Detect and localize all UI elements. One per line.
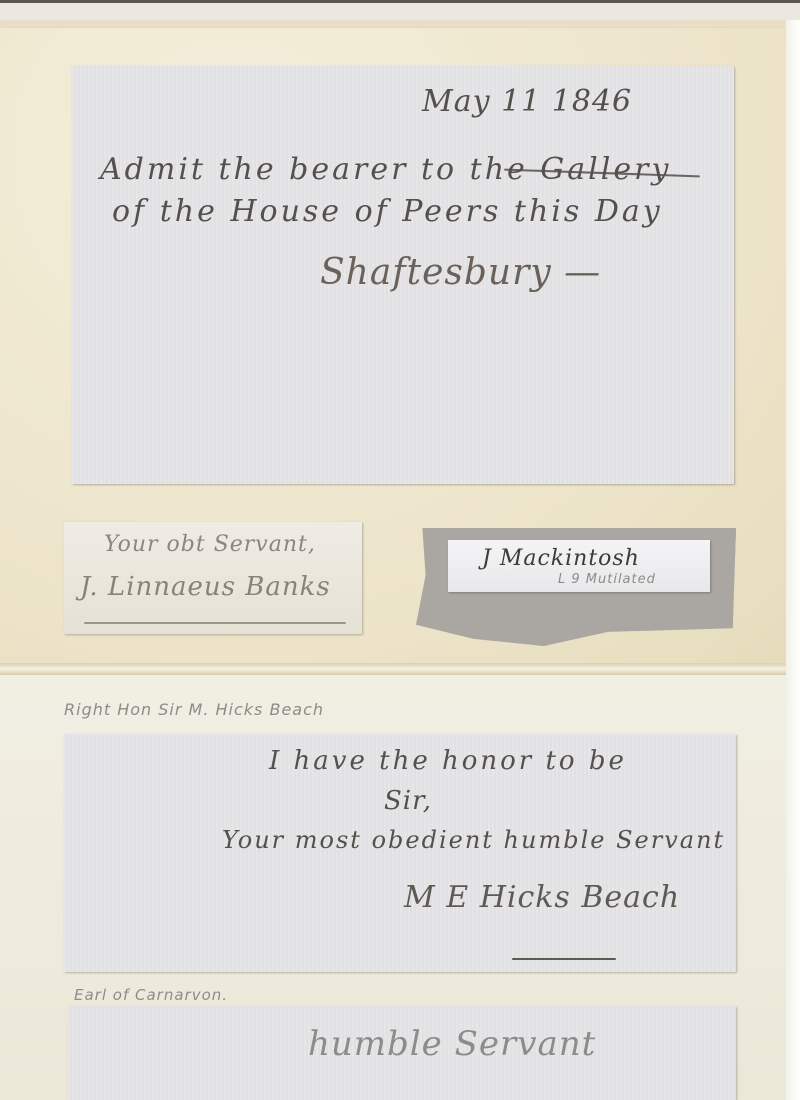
page-fold <box>0 663 800 675</box>
carnarvon-closing-text: humble Servant <box>308 1024 596 1064</box>
album-top-edge <box>0 0 800 30</box>
shaftesbury-signature: Shaftesbury — <box>320 252 601 293</box>
hicks-closing-line-2: Sir, <box>384 786 432 816</box>
servant-underline <box>84 622 346 624</box>
hicks-beach-caption: Right Hon Sir M. Hicks Beach <box>64 700 324 719</box>
servant-signature-card: Your obt Servant, J. Linnaeus Banks <box>64 522 362 634</box>
right-page-edge <box>786 20 800 1100</box>
admit-line-2: of the House of Peers this Day <box>112 194 663 229</box>
mackintosh-signature: J Mackintosh <box>482 546 640 571</box>
hicks-closing-line-1: I have the honor to be <box>269 746 627 776</box>
hicks-beach-signature: M E Hicks Beach <box>404 880 680 915</box>
hicks-beach-letter-card: I have the honor to be Sir, Your most ob… <box>64 734 736 972</box>
carnarvon-caption: Earl of Carnarvon. <box>74 986 228 1004</box>
shaftesbury-admission-card: May 11 1846 Admit the bearer to the Gall… <box>72 66 734 484</box>
mackintosh-signature-card: J Mackintosh L 9 Mutilated <box>448 540 710 592</box>
date-text: May 11 1846 <box>422 84 632 119</box>
hicks-closing-line-3: Your most obedient humble Servant <box>222 826 725 854</box>
hicks-underline <box>512 958 616 960</box>
admit-line-1: Admit the bearer to the Gallery <box>100 152 671 187</box>
servant-signature: J. Linnaeus Banks <box>80 572 331 602</box>
carnarvon-signature-card: humble Servant <box>68 1006 736 1100</box>
mackintosh-pencil-note: L 9 Mutilated <box>558 572 656 587</box>
servant-closing-text: Your obt Servant, <box>104 532 316 557</box>
